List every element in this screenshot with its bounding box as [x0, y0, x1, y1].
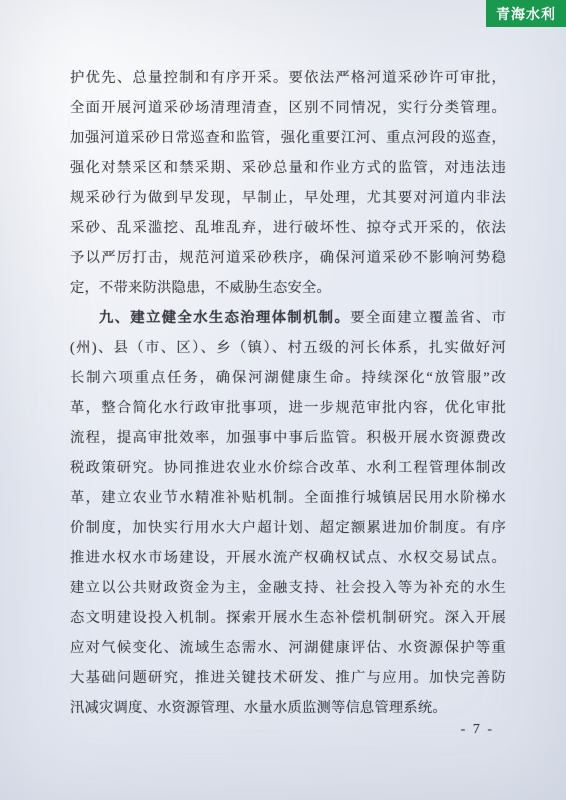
section-heading: 九、建立健全水生态治理体制机制。: [99, 310, 350, 326]
text-line: 强化对禁采区和禁采期、采砂总量和作业方式的监管，对违法违: [70, 153, 506, 183]
text-line: 采砂、乱采滥挖、乱堆乱弃，进行破坏性、掠夺式开采的，依法: [70, 213, 506, 243]
text-line: 全面开展河道采砂场清理清查，区别不同情况，实行分类管理。: [70, 93, 506, 123]
text-line: 建立以公共财政资金为主，金融支持、社会投入等为补充的水生: [70, 573, 506, 603]
text-line: 税政策研究。协同推进农业水价综合改革、水利工程管理体制改: [70, 453, 506, 483]
source-badge-label: 青海水利: [496, 4, 556, 24]
text-line: 大基础问题研究，推进关键技术研发、推广与应用。加快完善防: [70, 663, 506, 693]
text-line: 长制六项重点任务，确保河湖健康生命。持续深化“放管服”改: [70, 363, 506, 393]
text-line: 规采砂行为做到早发现，早制止，早处理，尤其要对河道内非法: [70, 183, 506, 213]
text-line: 护优先、总量控制和有序开采。要依法严格河道采砂许可审批，: [70, 63, 506, 93]
text-line: (州)、县（市、区）、乡（镇）、村五级的河长体系，扎实做好河: [70, 333, 506, 363]
text-line: 价制度，加快实行用水大户超计划、超定额累进加价制度。有序: [70, 513, 506, 543]
text-line: 九、建立健全水生态治理体制机制。要全面建立覆盖省、市: [70, 303, 506, 333]
text-line: 加强河道采砂日常巡查和监管，强化重要江河、重点河段的巡查，: [70, 123, 506, 153]
text-line: 流程，提高审批效率，加强事中事后监管。积极开展水资源费改: [70, 423, 506, 453]
text-line: 推进水权水市场建设，开展水流产权确权试点、水权交易试点。: [70, 543, 506, 573]
text-line: 态文明建设投入机制。探索开展水生态补偿机制研究。深入开展: [70, 603, 506, 633]
text-line: 革，建立农业节水精准补贴机制。全面推行城镇居民用水阶梯水: [70, 483, 506, 513]
text-line: 革，整合简化水行政审批事项，进一步规范审批内容，优化审批: [70, 393, 506, 423]
page-number: - 7 -: [461, 722, 494, 738]
source-badge: 青海水利: [486, 0, 566, 27]
text-line: 应对气候变化、流域生态需水、河湖健康评估、水资源保护等重: [70, 633, 506, 663]
document-body: 护优先、总量控制和有序开采。要依法严格河道采砂许可审批，全面开展河道采砂场清理清…: [70, 63, 506, 723]
scanned-document-page: 青海水利 护优先、总量控制和有序开采。要依法严格河道采砂许可审批，全面开展河道采…: [0, 0, 566, 800]
text-line: 予以严厉打击，规范河道采砂秩序，确保河道采砂不影响河势稳: [70, 243, 506, 273]
text-line: 定，不带来防洪隐患，不威胁生态安全。: [70, 273, 506, 303]
text-line: 汛减灾调度、水资源管理、水量水质监测等信息管理系统。: [70, 693, 506, 723]
